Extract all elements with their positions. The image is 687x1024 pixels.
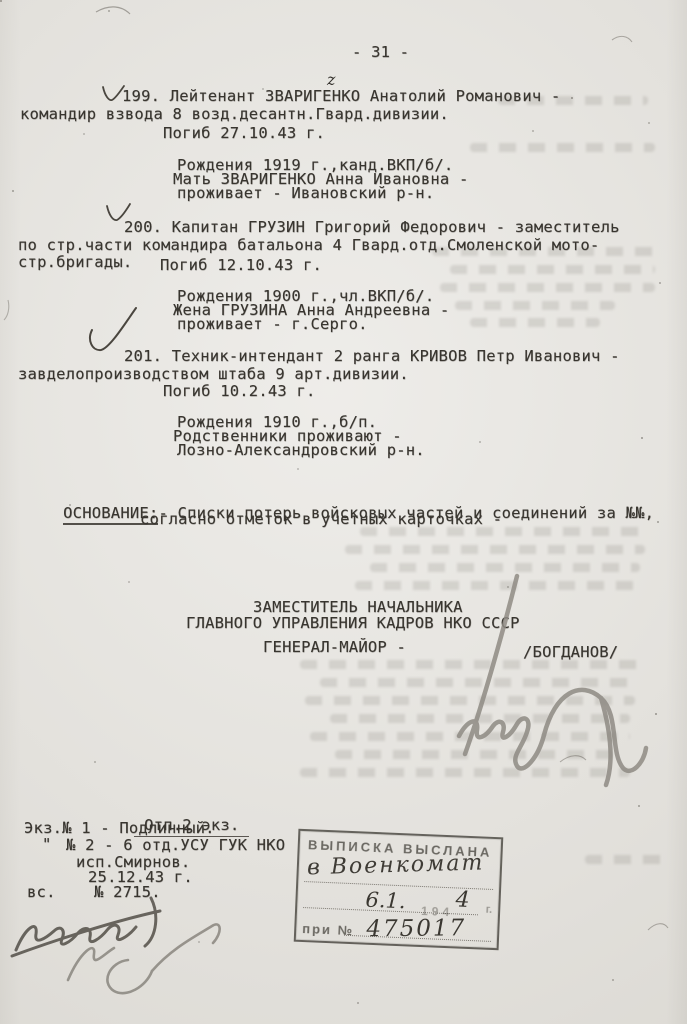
scanned-document-page: - 31 - z 199. Лейтенант ЗВАРИГЕНКО Анато… — [0, 0, 687, 1024]
page-number: - 31 - — [352, 44, 409, 60]
entry-199-detail-3: проживает - Ивановский р-н. — [177, 185, 434, 201]
copy-2-line: № 2 - 6 отд.УСУ ГУК НКО — [66, 837, 285, 853]
copy-2-quote: " — [42, 836, 52, 852]
entry-201-line-1: 201. Техник-интендант 2 ранга КРИВОВ Пет… — [124, 348, 620, 364]
basis-text-2: согласно отметок в учетных карточках - — [140, 511, 502, 527]
copy-1-line: Экз.№ 1 - Подлинный. — [24, 820, 215, 836]
entry-199-line-1: 199. Лейтенант ЗВАРИГЕНКО Анатолий Роман… — [122, 88, 560, 104]
entry-199-line-2: командир взвода 8 возд.десантн.Гвард.див… — [20, 106, 449, 122]
stamp-destination-handwritten: в Военкомат — [307, 850, 485, 880]
entry-201-detail-3: Лозно-Александровский р-н. — [177, 442, 425, 458]
entry-200-line-2: по стр.части командира батальона 4 Гвард… — [18, 237, 599, 253]
entry-200-line-3: стр.бригады. — [18, 254, 132, 270]
signer-rank: ГЕНЕРАЛ-МАЙОР - — [263, 639, 406, 655]
vypiska-stamp: ВЫПИСКА ВЫСЛАНА в Военкомат 6.1. 194 4 г… — [294, 829, 504, 950]
stamp-ref-line: при № 475017 — [302, 915, 492, 947]
entry-200-died: Погиб 12.10.43 г. — [160, 257, 322, 273]
entry-201-line-2: завделопроизводством штаба 9 арт.дивизии… — [18, 366, 409, 382]
stamp-date-handwritten-year: 4 — [455, 887, 470, 913]
bogdanov-signature — [405, 572, 655, 792]
entry-200-detail-3: проживает - г.Серго. — [177, 316, 368, 332]
entry-200-line-1: 200. Капитан ГРУЗИН Григорий Федорович -… — [124, 219, 620, 235]
entry-199-died: Погиб 27.10.43 г. — [163, 125, 325, 141]
clerk-signature-dark — [8, 888, 238, 1008]
stamp-date-suffix: г. — [485, 904, 492, 916]
entry-201-died: Погиб 10.2.43 г. — [163, 383, 316, 399]
